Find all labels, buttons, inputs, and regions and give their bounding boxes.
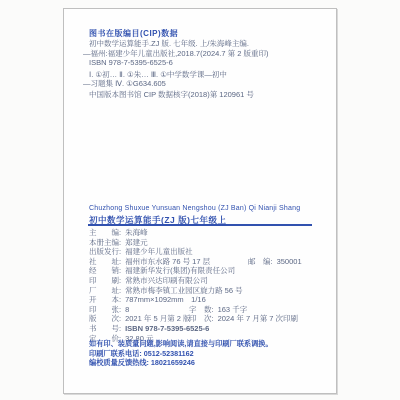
cip-classification-line-1: Ⅰ. ①初… Ⅱ. ①朱… Ⅲ. ①中学数学课—初中 [89,70,321,79]
detail-value: 福建少年儿童出版社 [125,247,193,256]
detail-value: 常熟市兴达印刷有限公司 [125,276,208,285]
detail-value: 787mm×1092mm 1/16 [125,295,206,304]
cip-classification-line-2: —习题集 Ⅳ. ①G634.605 [83,79,321,88]
detail-row-publisher: 出版发行:福建少年儿童出版社 [89,247,321,257]
detail-row-edition: 版 次:2021 年 5 月第 2 版 印 次:2024 年 7 月第 7 次印… [89,314,321,324]
detail-col2-wordcount: 字 数:163 千字 [189,305,247,315]
detail-col2-postcode: 邮 编:350001 [248,257,302,267]
detail-value: 福州市东水路 76 号 17 层 [125,257,210,266]
detail-value: 163 千字 [218,305,248,314]
quality-notes: 如有印、装质量问题,影响阅读,请直接与印刷厂联系调换。 印刷厂联系电话: 051… [89,339,273,368]
detail-row-format: 开 本:787mm×1092mm 1/16 [89,295,321,305]
detail-value: 常熟市梅李镇工业园区旋力路 56 号 [125,286,243,295]
book-title-pinyin: Chuzhong Shuxue Yunsuan Nengshou (ZJ Ban… [89,205,300,212]
detail-label: 印 刷: [89,276,121,286]
detail-row-sheets: 印 张:8 字 数:163 千字 [89,305,321,315]
detail-label: 书 号: [89,324,121,334]
detail-label: 开 本: [89,295,121,305]
detail-value: 350001 [277,257,302,266]
detail-label: 社 址: [89,257,121,267]
detail-value: 2024 年 7 月第 7 次印刷 [218,314,298,323]
copyright-page: 图书在版编目(CIP)数据 初中数学运算能手.ZJ 版. 七年级. 上/朱海峰主… [63,8,337,394]
detail-label: 本册主编: [89,238,121,248]
detail-label: 字 数: [189,305,214,314]
title-divider-rule [88,224,312,226]
cip-paragraph-line-2: —福州:福建少年儿童出版社,2018.7(2024.7 第 2 版重印) [83,49,321,59]
detail-label: 版 次: [89,314,121,324]
detail-row-factory-address: 厂 址:常熟市梅李镇工业园区旋力路 56 号 [89,286,321,296]
detail-label: 出版发行: [89,247,121,257]
detail-col2-impression: 印 次:2024 年 7 月第 7 次印刷 [189,314,298,324]
cip-record-number: 中国版本图书馆 CIP 数据核字(2018)第 120961 号 [89,89,254,100]
detail-row-chief-editor: 主 编:朱海峰 [89,228,321,238]
detail-value: 朱海峰 [125,228,148,237]
detail-row-isbn: 书 号:ISBN 978-7-5395-6525-6 [89,324,321,334]
detail-label: 印 次: [189,314,214,323]
detail-label: 经 销: [89,266,121,276]
quality-note-printer-phone: 印刷厂联系电话: 0512-52381162 [89,349,273,359]
quality-note-exchange: 如有印、装质量问题,影响阅读,请直接与印刷厂联系调换。 [89,339,273,349]
detail-label: 主 编: [89,228,121,238]
cip-paragraph-line-1: 初中数学运算能手.ZJ 版. 七年级. 上/朱海峰主编. [89,39,321,49]
detail-row-address: 社 址:福州市东水路 76 号 17 层 邮 编:350001 [89,257,321,267]
detail-value: 福建新华发行(集团)有限责任公司 [125,266,235,275]
detail-label: 厂 址: [89,286,121,296]
detail-value: 2021 年 5 月第 2 版 [125,314,190,323]
publication-details: 主 编:朱海峰 本册主编:郑建元 出版发行:福建少年儿童出版社 社 址:福州市东… [89,228,321,343]
detail-row-distributor: 经 销:福建新华发行(集团)有限责任公司 [89,266,321,276]
detail-value: ISBN 978-7-5395-6525-6 [125,324,209,333]
cip-header: 图书在版编目(CIP)数据 [89,28,178,39]
detail-row-volume-editor: 本册主编:郑建元 [89,238,321,248]
detail-row-printer: 印 刷:常熟市兴达印刷有限公司 [89,276,321,286]
detail-value: 8 [125,305,129,314]
detail-value: 郑建元 [125,238,148,247]
cip-paragraph: 初中数学运算能手.ZJ 版. 七年级. 上/朱海峰主编. —福州:福建少年儿童出… [89,39,321,68]
cip-classification: Ⅰ. ①初… Ⅱ. ①朱… Ⅲ. ①中学数学课—初中 —习题集 Ⅳ. ①G634… [89,70,321,88]
quality-note-feedback-hotline: 编校质量反馈热线: 18021659246 [89,358,273,368]
detail-label: 邮 编: [248,257,273,266]
cip-paragraph-line-3: ISBN 978-7-5395-6525-6 [89,58,321,68]
detail-label: 印 张: [89,305,121,315]
